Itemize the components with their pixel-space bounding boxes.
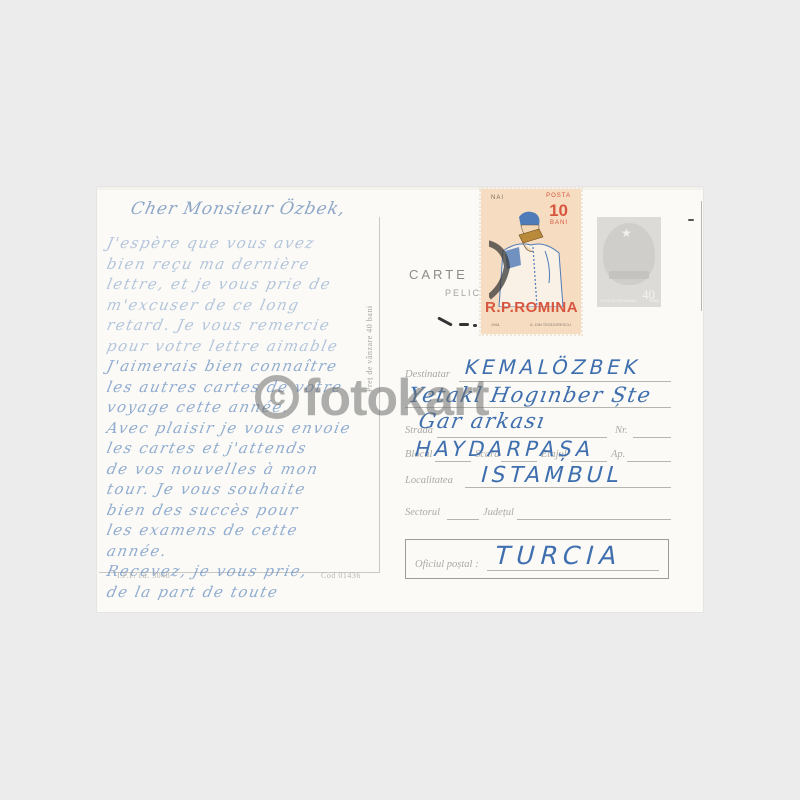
field-label-ap: Ap. xyxy=(611,449,625,460)
star-icon: ★ xyxy=(621,227,632,239)
field-label-oficiul-postal: Oficiul poștal : xyxy=(415,559,479,570)
card-top-edge xyxy=(97,187,703,190)
card-right-edge xyxy=(701,201,702,311)
card-title: CARTE xyxy=(409,267,468,282)
message-line: bien reçu ma dernière xyxy=(105,254,409,275)
fotokart-watermark: cfotokart xyxy=(255,368,489,428)
printer-code: I.P.F. cd. 3048 xyxy=(117,571,170,580)
field-label-sectorul: Sectorul xyxy=(405,507,440,518)
message-line: les cartes et j'attends xyxy=(105,438,409,459)
postage-stamp: NAI POSTA 10 BANI R.P.ROMINA 1961 A. DIN… xyxy=(481,189,581,334)
stamp-country: R.P.ROMINA xyxy=(485,299,577,316)
recipient-name: KEMALÖZBEK xyxy=(462,355,644,379)
postmark-stroke xyxy=(437,316,453,326)
field-line xyxy=(435,461,471,462)
card-subtitle: PELIC xyxy=(445,288,481,298)
field-line xyxy=(633,437,671,438)
message-line: lettre, et je vous prie de xyxy=(105,274,409,295)
product-code: Cod 01436 xyxy=(321,571,361,580)
message-line: année. xyxy=(105,541,409,562)
field-line xyxy=(447,519,479,520)
message-line: J'espère que vous avez xyxy=(105,233,409,254)
imprint-unit: BANI xyxy=(650,298,659,303)
postmark-stroke xyxy=(459,323,469,326)
stamp-title: NAI xyxy=(491,195,504,201)
copyright-icon: c xyxy=(255,375,299,419)
message-line: retard. Je vous remercie xyxy=(105,315,409,336)
message-line: les examens de cette xyxy=(105,520,409,541)
stamp-designer: A. DIN TEODORESCU xyxy=(530,322,571,327)
message-line: pour votre lettre aimable xyxy=(105,336,409,357)
field-line xyxy=(627,461,671,462)
field-line xyxy=(517,519,671,520)
field-line xyxy=(501,461,537,462)
field-label-judetul: Județul xyxy=(483,507,514,518)
recipient-city: ISTAMBUL xyxy=(478,463,626,488)
imprint-label: POSTA ROMANA xyxy=(601,298,636,303)
recipient-district: HAYDARPAȘA xyxy=(412,437,597,461)
message-line: m'excuser de ce long xyxy=(105,295,409,316)
printed-stamp-imprint: ★ POSTA ROMANA 40 BANI xyxy=(597,217,661,307)
recipient-country: TURCIA xyxy=(491,541,626,570)
ink-dot xyxy=(688,219,694,221)
message-line: de vos nouvelles à mon xyxy=(105,459,409,480)
watermark-text: fotokart xyxy=(303,369,489,427)
field-line xyxy=(571,461,607,462)
stamp-posta-label: POSTA xyxy=(546,193,571,199)
message-greeting: Cher Monsieur Özbek, xyxy=(129,199,348,219)
pan-flute-player-illustration xyxy=(489,207,573,307)
emblem-ribbon xyxy=(609,271,649,279)
message-line: de la part de toute xyxy=(105,582,409,603)
message-line: bien des succès pour xyxy=(105,500,409,521)
stamp-year: 1961 xyxy=(491,322,500,327)
field-line xyxy=(487,570,659,571)
message-line: tour. Je vous souhaite xyxy=(105,479,409,500)
field-label-localitatea: Localitatea xyxy=(405,475,453,486)
field-line xyxy=(459,381,671,382)
field-label-nr: Nr. xyxy=(615,425,628,436)
postmark-stroke xyxy=(473,324,477,327)
